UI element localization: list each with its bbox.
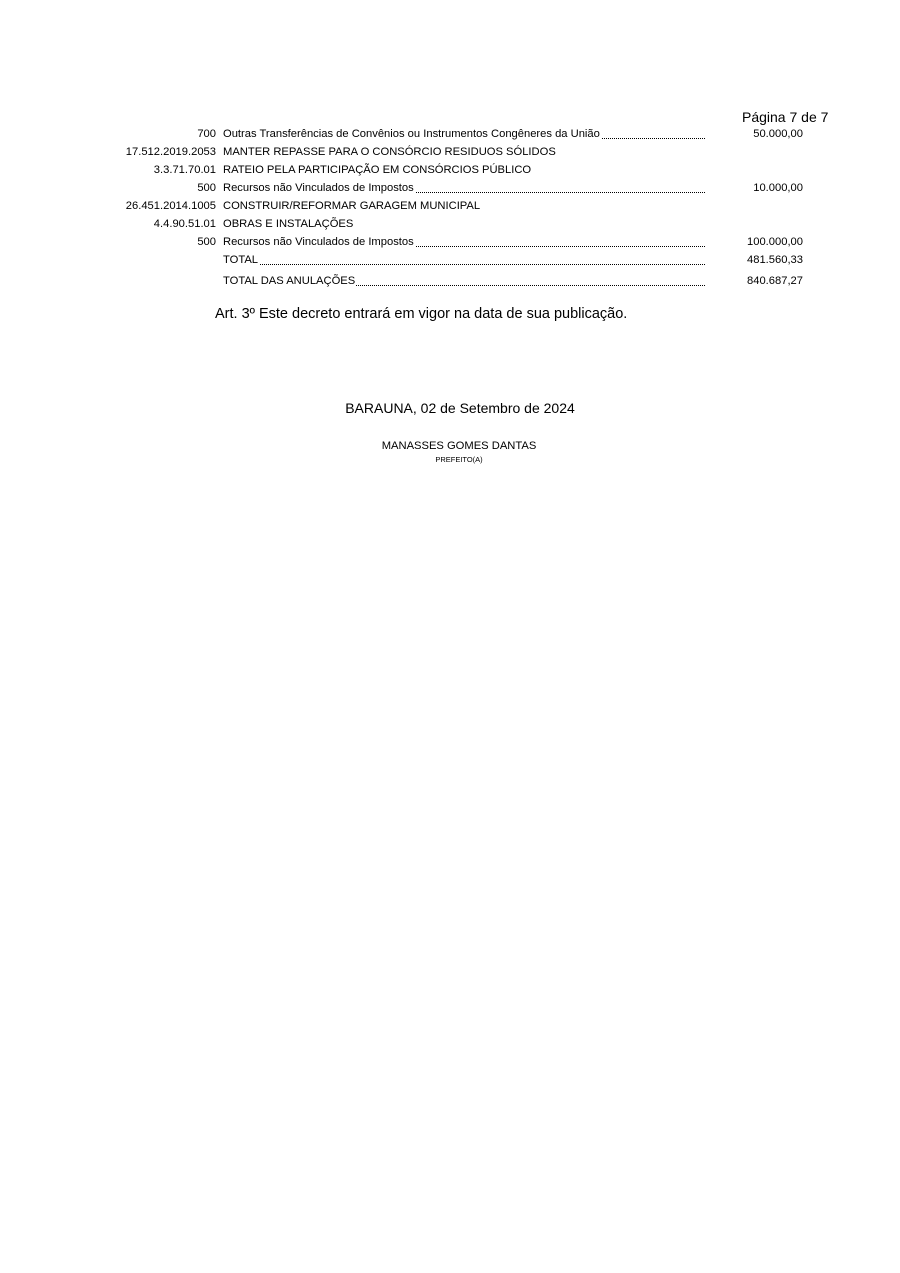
row-code: 500 (197, 233, 216, 251)
row-code: 700 (197, 125, 216, 143)
row-amount: 10.000,00 (753, 179, 803, 197)
total-annulments-amount: 840.687,27 (747, 272, 803, 290)
row-description: Outras Transferências de Convênios ou In… (223, 125, 705, 143)
budget-table: 700 Outras Transferências de Convênios o… (0, 125, 900, 290)
total-amount: 481.560,33 (747, 251, 803, 269)
row-amount: 100.000,00 (747, 233, 803, 251)
total-annulments-label: TOTAL DAS ANULAÇÕES (223, 272, 705, 290)
total-annulments-row: TOTAL DAS ANULAÇÕES 840.687,27 (0, 272, 900, 290)
table-row: 26.451.2014.1005 CONSTRUIR/REFORMAR GARA… (0, 197, 900, 215)
total-label: TOTAL (223, 251, 705, 269)
table-row: 700 Outras Transferências de Convênios o… (0, 125, 900, 143)
row-description: CONSTRUIR/REFORMAR GARAGEM MUNICIPAL (223, 197, 480, 215)
row-description: MANTER REPASSE PARA O CONSÓRCIO RESIDUOS… (223, 143, 556, 161)
table-row: 500 Recursos não Vinculados de Impostos … (0, 179, 900, 197)
signer-name: MANASSES GOMES DANTAS (0, 439, 900, 453)
article-3: Art. 3º Este decreto entrará em vigor na… (215, 305, 627, 323)
table-row: 500 Recursos não Vinculados de Impostos … (0, 233, 900, 251)
place-date: BARAUNA, 02 de Setembro de 2024 (0, 399, 900, 417)
row-description: Recursos não Vinculados de Impostos (223, 233, 705, 251)
row-code: 500 (197, 179, 216, 197)
row-code: 4.4.90.51.01 (154, 215, 216, 233)
row-description: RATEIO PELA PARTICIPAÇÃO EM CONSÓRCIOS P… (223, 161, 531, 179)
row-amount: 50.000,00 (753, 125, 803, 143)
table-row: 17.512.2019.2053 MANTER REPASSE PARA O C… (0, 143, 900, 161)
row-code: 26.451.2014.1005 (126, 197, 216, 215)
row-code: 17.512.2019.2053 (126, 143, 216, 161)
table-row: 4.4.90.51.01 OBRAS E INSTALAÇÕES (0, 215, 900, 233)
row-description: Recursos não Vinculados de Impostos (223, 179, 705, 197)
total-row: TOTAL 481.560,33 (0, 251, 900, 269)
row-description: OBRAS E INSTALAÇÕES (223, 215, 353, 233)
signer-role: PREFEITO(A) (0, 455, 900, 465)
table-row: 3.3.71.70.01 RATEIO PELA PARTICIPAÇÃO EM… (0, 161, 900, 179)
page-number: Página 7 de 7 (742, 109, 828, 125)
row-code: 3.3.71.70.01 (154, 161, 216, 179)
